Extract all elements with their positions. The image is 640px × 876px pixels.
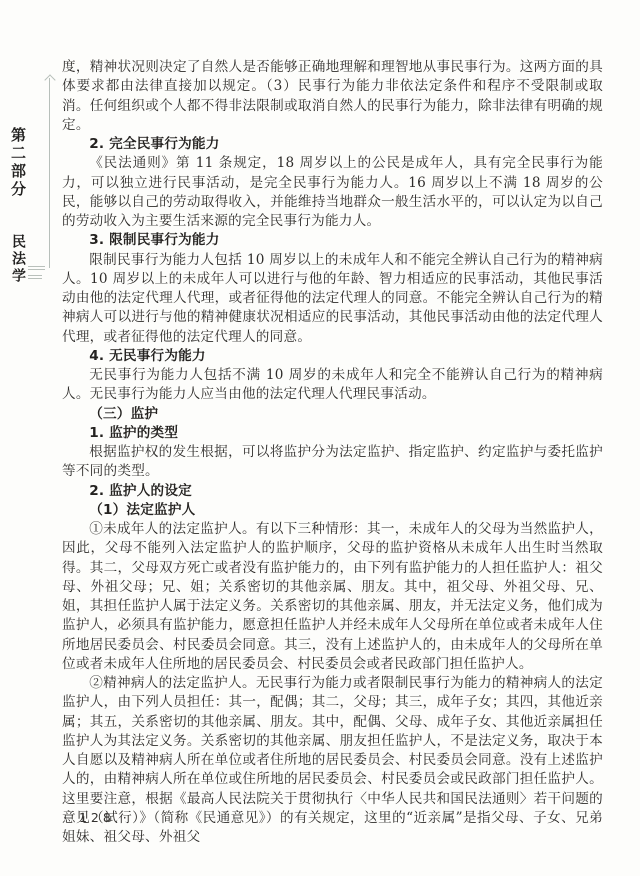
sidebar-ornament [28, 266, 45, 272]
section-heading: 1. 监护的类型 [62, 424, 603, 443]
paragraph: 度，精神状况则决定了自然人是否能够正确地理解和理智地从事民事行为。这两方面的具体… [62, 58, 603, 135]
paragraph: 限制民事行为能力人包括 10 周岁以上的未成年人和不能完全辨认自己行为的精神病人… [62, 251, 603, 347]
paragraph: ②精神病人的法定监护人。无民事行为能力或者限制民事行为能力的精神病人的法定监护人… [62, 674, 603, 847]
arrow-up-icon [44, 74, 55, 85]
paragraph: 无民事行为能力人包括不满 10 周岁的未成年人和完全不能辨认自己行为的精神病人。… [62, 366, 603, 405]
paragraph: 根据监护权的发生根据，可以将监护分为法定监护、指定监护、约定监护与委托监护等不同… [62, 443, 603, 482]
section-heading: （三）监护 [62, 405, 603, 424]
part-number-label: 第二部分 [9, 127, 27, 199]
paragraph: ①未成年人的法定监护人。有以下三种情形：其一，未成年人的父母为当然监护人，因此，… [62, 520, 603, 674]
section-heading: （1）法定监护人 [62, 501, 603, 520]
part-label: 第二部分 民法学 [9, 127, 27, 285]
sidebar-part-marker: 第二部分 民法学 [0, 0, 58, 876]
section-heading: 3. 限制民事行为能力 [62, 231, 603, 250]
vertical-rule-arrow [49, 78, 50, 268]
section-heading: 2. 监护人的设定 [62, 482, 603, 501]
sidebar-ornament [28, 275, 42, 281]
book-page: { "page": { "number": "· 128 ·" }, "side… [0, 0, 640, 876]
paragraph: 《民法通则》第 11 条规定，18 周岁以上的公民是成年人，具有完全民事行为能力… [62, 154, 603, 231]
page-number: · 128 · [63, 810, 131, 825]
subject-label: 民法学 [10, 234, 26, 285]
section-heading: 4. 无民事行为能力 [62, 347, 603, 366]
page-text-column: 度，精神状况则决定了自然人是否能够正确地理解和理智地从事民事行为。这两方面的具体… [62, 58, 603, 847]
section-heading: 2. 完全民事行为能力 [62, 135, 603, 154]
